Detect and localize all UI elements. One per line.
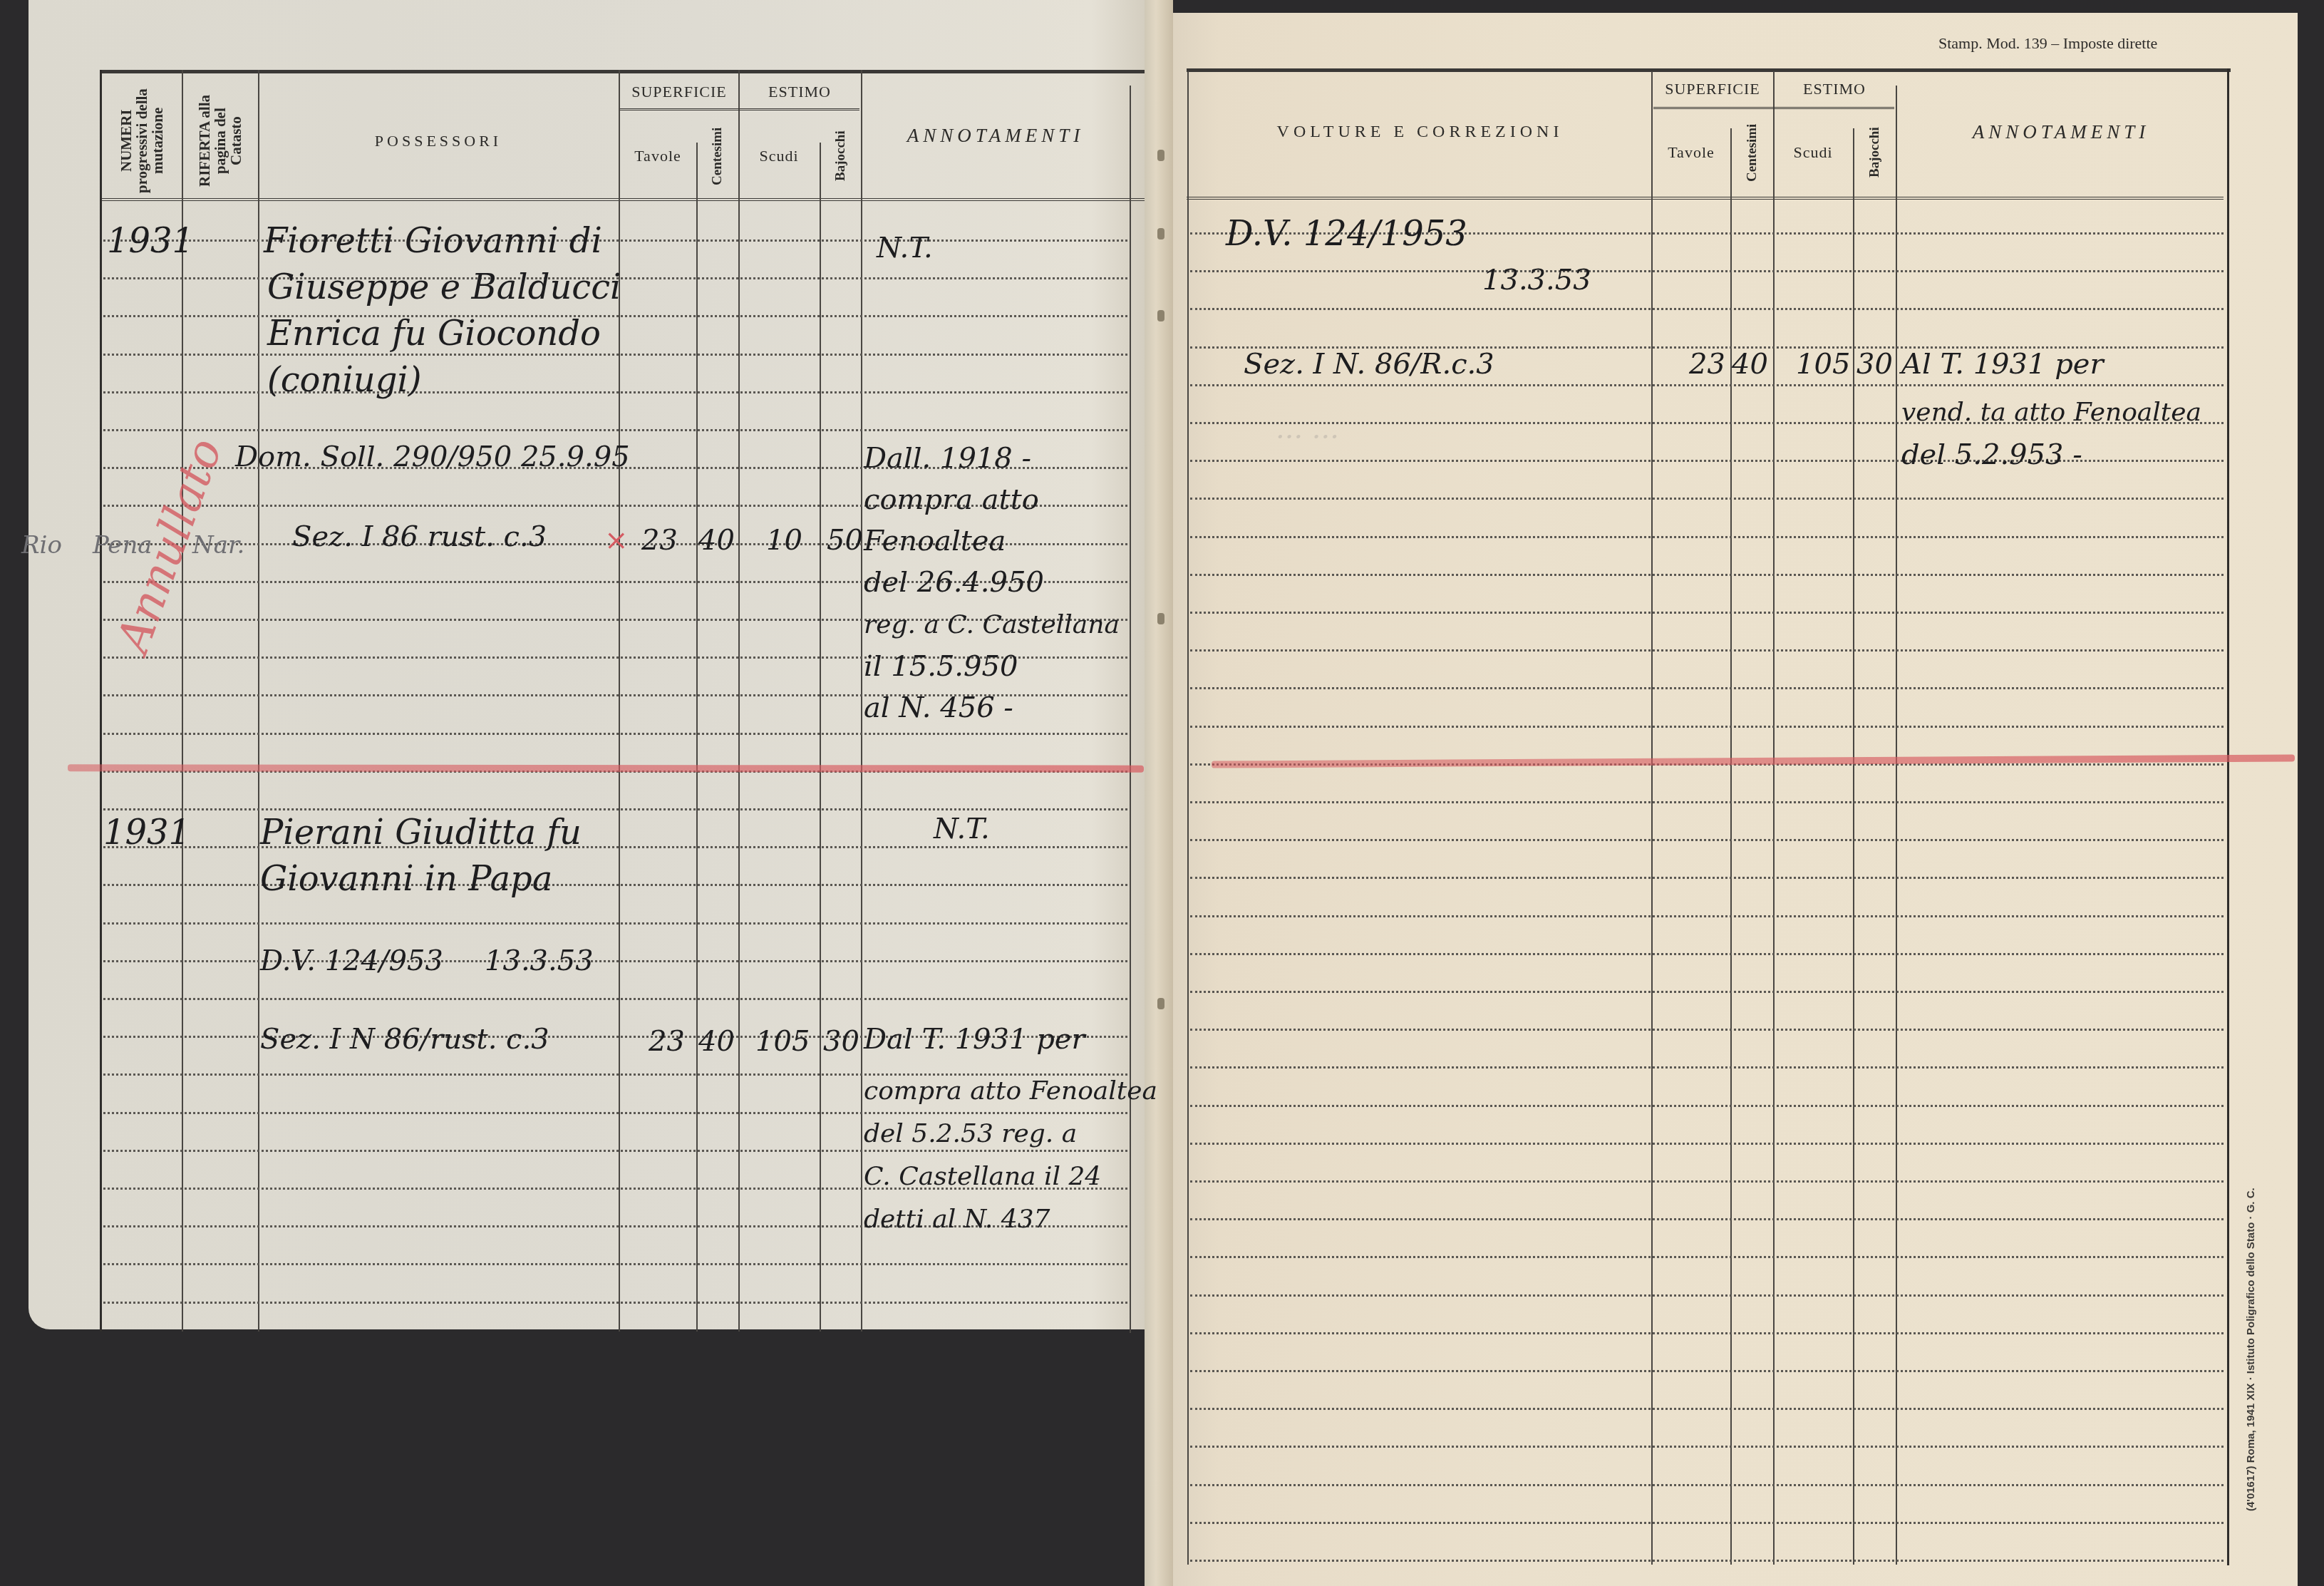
annotation-line: al N. 456 - <box>864 691 1013 724</box>
centesimi-value: 40 <box>1732 348 1768 381</box>
voltura-reference: Dom. Soll. 290/950 25.9.95 <box>235 441 630 473</box>
ruled-line <box>1190 1256 2224 1258</box>
annotation-line: vend. ta atto Fenoaltea <box>1901 398 2201 427</box>
ruled-line <box>103 1073 1127 1076</box>
scudi-value: 105 <box>1796 348 1850 381</box>
voltura-reference: D.V. 124/953 <box>260 944 443 977</box>
annotation-line: il 15.5.950 <box>864 650 1018 683</box>
header-numeri: NUMERI progressivi della mutazione <box>103 86 180 196</box>
header-centesimi: Centesimi <box>1732 110 1772 195</box>
header-possessori: POSSESSORI <box>260 86 616 196</box>
scudi-value: 10 <box>766 524 802 557</box>
ruled-line <box>103 429 1127 431</box>
header-estimo: ESTIMO <box>740 77 859 107</box>
binding-stitch <box>1157 998 1164 1009</box>
scudi-value: 105 <box>755 1025 810 1058</box>
ruled-line <box>103 1112 1127 1114</box>
left-col-border <box>738 70 740 1332</box>
possessor-line: Giuseppe e Balducci <box>267 267 621 307</box>
left-col-border <box>861 70 862 1332</box>
possessor-line: Fioretti Giovanni di <box>264 221 602 261</box>
header-scudi: Scudi <box>740 114 818 198</box>
annotation-line: del 26.4.950 <box>864 566 1044 599</box>
annotation-note: N.T. <box>934 813 990 845</box>
annotation-line: Dall. 1918 - <box>864 442 1031 475</box>
ruled-line <box>1190 1218 2224 1220</box>
ruled-line <box>1190 384 2224 386</box>
parcel-reference: Sez. I 86 rust. c.3 <box>292 520 547 553</box>
left-col-border <box>258 70 259 1332</box>
red-x-mark: × <box>604 524 629 557</box>
ruled-line <box>1190 308 2224 310</box>
ruled-line <box>103 998 1127 1000</box>
ruled-line <box>1190 1408 2224 1410</box>
bajocchi-value: 50 <box>827 524 863 557</box>
annotation-line: compra atto Fenoaltea <box>864 1076 1157 1106</box>
ruled-line <box>1190 649 2224 652</box>
ruled-line <box>1190 1294 2224 1297</box>
ruled-line <box>103 960 1127 962</box>
printer-imprint: (4'01617) Roma, 1941 XIX · Istituto Poli… <box>2245 1055 2257 1511</box>
ruled-line <box>103 808 1127 810</box>
left-col-border <box>820 143 821 1332</box>
red-separator-line <box>68 764 1144 772</box>
header-superficie: SUPERFICIE <box>1653 74 1772 104</box>
binding-stitch <box>1157 228 1164 240</box>
ruled-line <box>103 846 1127 848</box>
ruled-line <box>1190 1484 2224 1486</box>
ruled-line <box>1190 915 2224 917</box>
margin-pencil-note: Rio <box>21 531 62 560</box>
header-centesimi: Centesimi <box>698 114 738 198</box>
centesimi-value: 40 <box>698 1025 735 1058</box>
voltura-date: 13.3.53 <box>485 944 594 977</box>
ruled-line <box>103 354 1127 356</box>
annotation-line: Al T. 1931 per <box>1901 348 2104 381</box>
ruled-line <box>1190 1446 2224 1448</box>
voltura-reference: D.V. 124/1953 <box>1226 214 1467 254</box>
header-bajocchi: Bajocchi <box>821 114 860 198</box>
ruled-line <box>1190 991 2224 993</box>
ruled-line <box>1190 953 2224 955</box>
header-scudi: Scudi <box>1775 110 1852 195</box>
ruled-line <box>1190 1066 2224 1069</box>
right-col-border <box>1187 71 1189 1565</box>
show-through-text: ··· ··· <box>1276 421 1339 453</box>
ruled-line <box>103 733 1127 735</box>
ruled-line <box>1190 726 2224 728</box>
entry-number: 1931 <box>103 813 190 853</box>
right-col-border <box>2227 68 2229 1565</box>
binding-stitch <box>1157 150 1164 161</box>
ruled-line <box>1190 877 2224 879</box>
left-col-border <box>696 143 698 1332</box>
binding-stitch <box>1157 613 1164 624</box>
ruled-line <box>1190 270 2224 272</box>
ruled-line <box>1190 1143 2224 1145</box>
header-riferta: RIFERTA alla pagina del Catasto <box>184 86 257 196</box>
header-annotamenti: ANNOTAMENTI <box>1897 78 2225 185</box>
right-col-border <box>1853 128 1854 1565</box>
right-subheader-rule <box>1653 107 1894 109</box>
ruled-line <box>1190 801 2224 803</box>
header-superficie: SUPERFICIE <box>620 77 738 107</box>
header-tavole: Tavole <box>620 114 696 198</box>
left-table-top-border <box>100 70 1145 73</box>
ruled-line <box>103 1263 1127 1265</box>
annotation-line: reg. a C. Castellana <box>864 610 1120 639</box>
annotation-line: del 5.2.53 reg. a <box>864 1119 1077 1148</box>
left-subheader-rule <box>620 108 859 110</box>
form-label: Stamp. Mod. 139 – Imposte dirette <box>1938 34 2157 53</box>
header-estimo: ESTIMO <box>1775 74 1894 104</box>
parcel-reference: Sez. I N. 86/R.c.3 <box>1244 348 1494 381</box>
possessor-line: Enrica fu Giocondo <box>267 314 601 354</box>
annotation-note: N.T. <box>877 232 933 264</box>
tavole-value: 23 <box>649 1025 685 1058</box>
ruled-line <box>1190 574 2224 576</box>
ruled-line <box>1190 1560 2224 1562</box>
annotation-line: Dal T. 1931 per <box>864 1023 1085 1056</box>
header-tavole: Tavole <box>1653 110 1730 195</box>
ruled-line <box>1190 1029 2224 1031</box>
ruled-line <box>1190 1522 2224 1524</box>
ruled-line <box>1190 1370 2224 1372</box>
parcel-reference: Sez. I N 86/rust. c.3 <box>260 1023 549 1056</box>
ruled-line <box>1190 1180 2224 1183</box>
annotation-line: Fenoaltea <box>864 525 1006 557</box>
annotation-line: compra atto <box>864 483 1039 516</box>
left-col-border <box>1130 86 1131 1333</box>
header-volture: VOLTURE E CORREZIONI <box>1190 78 1650 185</box>
bajocchi-value: 30 <box>823 1025 859 1058</box>
annotation-line: del 5.2.953 - <box>1901 438 2082 471</box>
voltura-date: 13.3.53 <box>1482 264 1591 297</box>
right-header-bottom-rule <box>1187 197 2224 200</box>
ruled-line <box>1190 536 2224 538</box>
left-col-border <box>619 70 620 1332</box>
annotation-line: detti al N. 437 <box>864 1205 1050 1234</box>
ruled-line <box>103 391 1127 393</box>
right-col-border <box>1773 71 1775 1565</box>
ruled-line <box>103 1302 1127 1304</box>
annotation-line: C. Castellana il 24 <box>864 1162 1101 1191</box>
header-annotamenti: ANNOTAMENTI <box>862 86 1129 185</box>
ruled-line <box>1190 1105 2224 1107</box>
centesimi-value: 40 <box>698 524 735 557</box>
ruled-line <box>103 884 1127 886</box>
ruled-line <box>103 1150 1127 1152</box>
right-col-border <box>1651 71 1653 1565</box>
ruled-line <box>1190 839 2224 841</box>
left-header-bottom-rule <box>100 198 1145 201</box>
tavole-value: 23 <box>1689 348 1725 381</box>
possessor-line: Giovanni in Papa <box>260 859 552 899</box>
right-col-border <box>1730 128 1732 1565</box>
possessor-line: Pierani Giuditta fu <box>260 813 582 853</box>
ruled-line <box>1190 612 2224 614</box>
ruled-line <box>1190 498 2224 500</box>
left-col-border <box>100 70 102 1332</box>
tavole-value: 23 <box>641 524 678 557</box>
ruled-line <box>103 922 1127 925</box>
possessor-line: (coniugi) <box>267 360 422 400</box>
ruled-line <box>1190 1332 2224 1334</box>
entry-number: 1931 <box>107 221 194 261</box>
right-table-top-border <box>1187 68 2231 72</box>
binding-stitch <box>1157 310 1164 321</box>
bajocchi-value: 30 <box>1856 348 1893 381</box>
header-bajocchi: Bajocchi <box>1854 110 1895 195</box>
ruled-line <box>1190 687 2224 689</box>
ruled-line <box>103 315 1127 317</box>
ruled-line <box>103 240 1127 242</box>
